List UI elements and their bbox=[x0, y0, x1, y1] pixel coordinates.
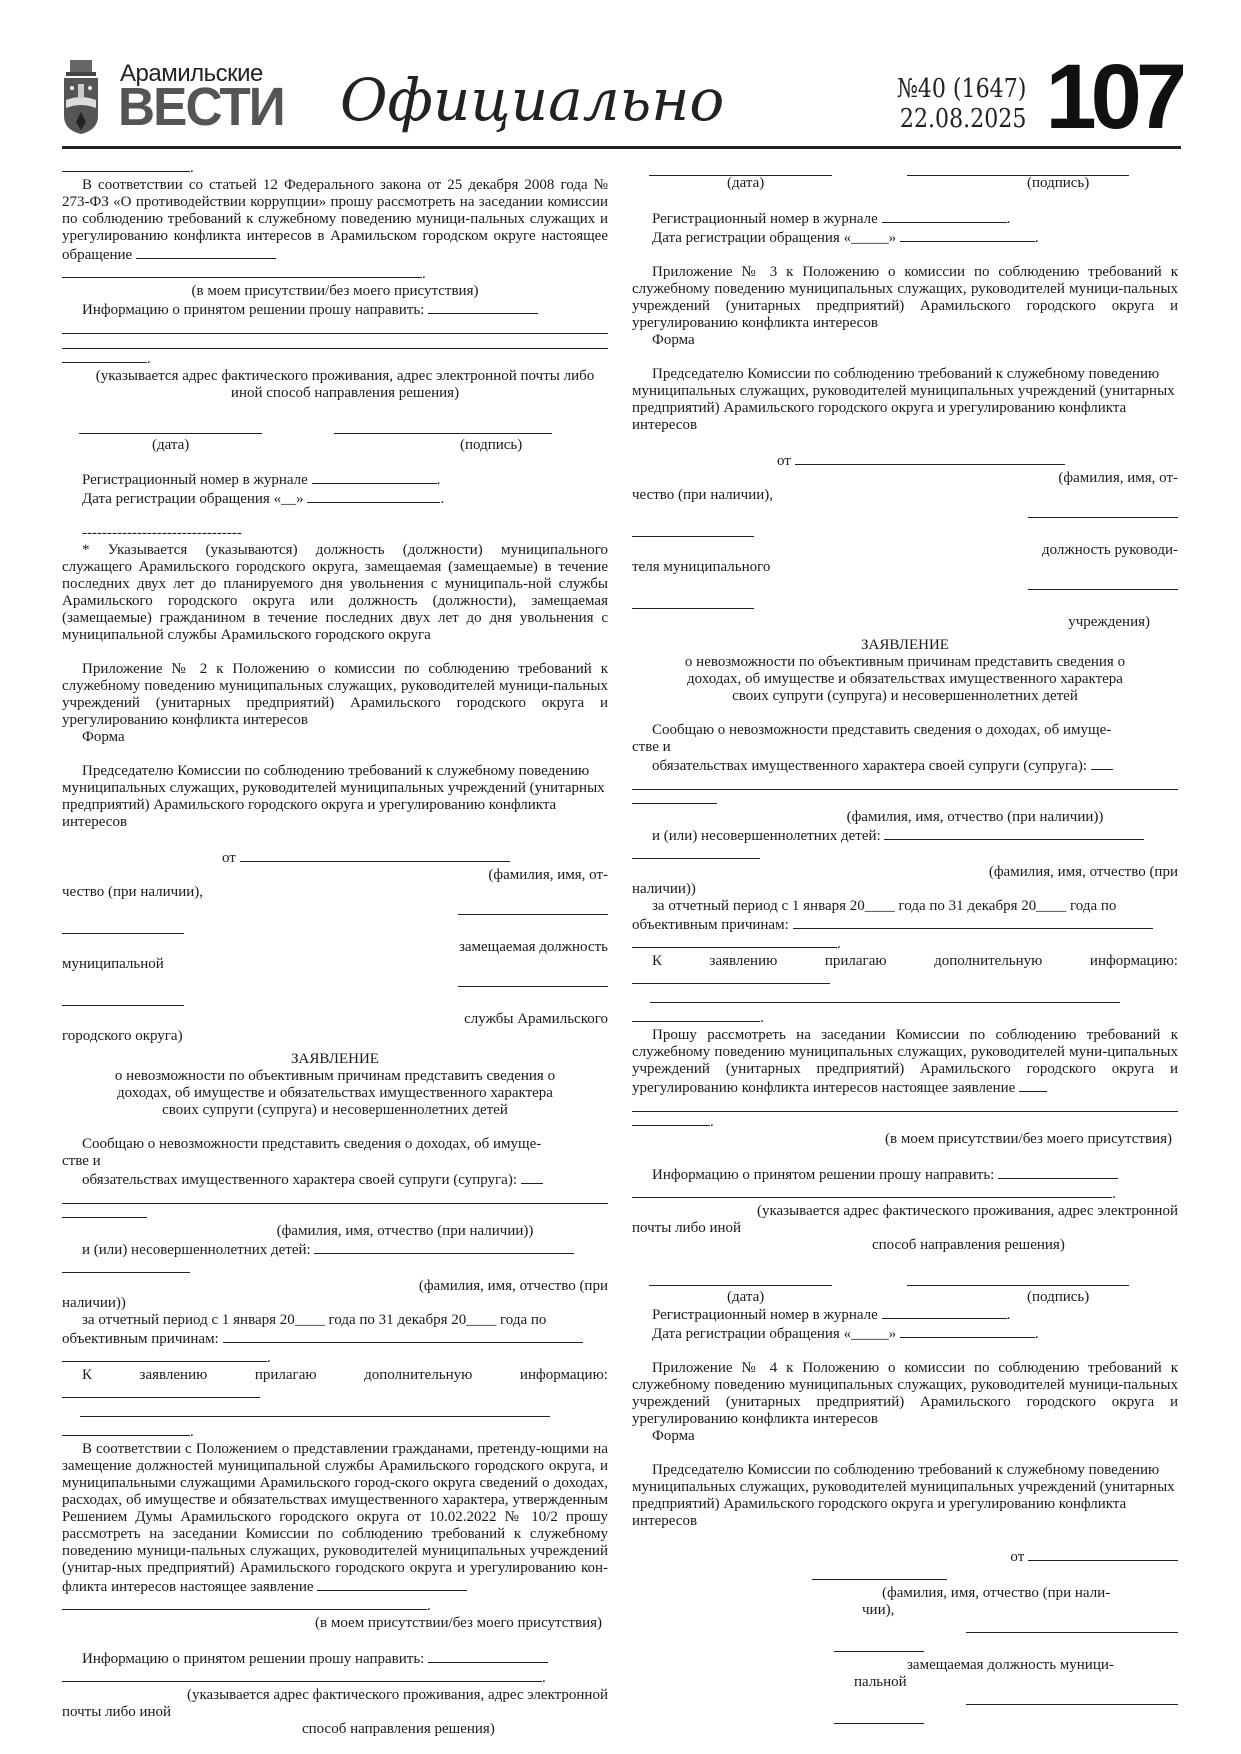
blank-line[interactable] bbox=[62, 992, 184, 1006]
blank-line[interactable] bbox=[632, 1184, 1112, 1198]
blank-line[interactable] bbox=[632, 845, 760, 859]
reg-date-field[interactable] bbox=[900, 228, 1035, 242]
statement-subtitle: о невозможности по объективным причинам … bbox=[62, 1068, 608, 1119]
blank-line[interactable] bbox=[966, 1691, 1178, 1705]
reporting-period: за отчетный период с 1 января 20____ год… bbox=[62, 1312, 608, 1329]
statement-title: ЗАЯВЛЕНИЕ bbox=[632, 637, 1178, 654]
presence-note: (в моем присутствии/без моего присутстви… bbox=[62, 283, 608, 300]
appendix-2: Приложение № 2 к Положению о комиссии по… bbox=[62, 661, 608, 729]
signature-field[interactable] bbox=[907, 161, 1129, 176]
date-field[interactable] bbox=[649, 1271, 832, 1286]
appendix-4: Приложение № 4 к Положению о комиссии по… bbox=[632, 1360, 1178, 1428]
blank-line[interactable] bbox=[632, 934, 837, 948]
reg-number-field[interactable] bbox=[882, 209, 1007, 223]
issue-number: №40 (1647) bbox=[896, 74, 1026, 104]
section-title: Официально bbox=[340, 66, 724, 134]
signature-label: (подпись) bbox=[1027, 175, 1089, 192]
reg-date-field[interactable] bbox=[900, 1324, 1035, 1338]
blank-line[interactable] bbox=[62, 1596, 427, 1610]
reg-number-field[interactable] bbox=[312, 470, 437, 484]
reg-date-label: Дата регистрации обращения «__» bbox=[82, 491, 304, 507]
blank-line[interactable] bbox=[62, 1189, 608, 1204]
from-label: от bbox=[222, 850, 236, 866]
blank-line[interactable] bbox=[1091, 756, 1113, 770]
blank-line[interactable] bbox=[317, 1577, 467, 1591]
attach-line: Кзаявлениюприлагаюдополнительнуюинформац… bbox=[62, 1367, 608, 1384]
blank-line[interactable] bbox=[136, 245, 276, 259]
form-label: Форма bbox=[62, 729, 608, 746]
signature-field[interactable] bbox=[907, 1271, 1129, 1286]
signature-row: (дата) (подпись) bbox=[62, 419, 608, 453]
statement-title: ЗАЯВЛЕНИЕ bbox=[62, 1051, 608, 1068]
signature-row: (дата) (подпись) bbox=[632, 175, 1178, 209]
header-divider bbox=[62, 146, 1181, 149]
reg-number-field[interactable] bbox=[882, 1305, 1007, 1319]
blank-line[interactable] bbox=[632, 775, 1178, 790]
addressee: Председателю Комиссии по соблюдению треб… bbox=[632, 366, 1178, 434]
address-note: (указывается адрес фактического проживан… bbox=[62, 368, 608, 402]
intro-paragraph: В соответствии со статьей 12 Федеральног… bbox=[62, 177, 608, 264]
issue-info: №40 (1647) 22.08.2025 bbox=[896, 74, 1026, 134]
form-label: Форма bbox=[632, 332, 1178, 349]
blank-line[interactable] bbox=[632, 1008, 760, 1022]
blank-line[interactable] bbox=[62, 1259, 190, 1273]
attach-line: Кзаявлениюприлагаюдополнительнуюинформац… bbox=[632, 953, 1178, 970]
blank-line[interactable] bbox=[998, 1165, 1118, 1179]
blank-line[interactable] bbox=[834, 1638, 924, 1652]
blank-line[interactable] bbox=[632, 1097, 1178, 1112]
reg-number-label: Регистрационный номер в журнале bbox=[82, 472, 308, 488]
right-column: (дата) (подпись) Регистрационный номер в… bbox=[632, 158, 1178, 1729]
left-column: . В соответствии со статьей 12 Федеральн… bbox=[62, 158, 608, 1738]
reasons-field[interactable] bbox=[793, 915, 1153, 929]
children-field[interactable] bbox=[884, 826, 1144, 840]
footnote-separator: -------------------------------- bbox=[62, 525, 608, 542]
signature-field[interactable] bbox=[334, 419, 552, 434]
blank-line[interactable] bbox=[458, 973, 608, 987]
addressee: Председателю Комиссии по соблюдению треб… bbox=[62, 763, 608, 831]
blank-line[interactable] bbox=[62, 1384, 260, 1398]
request-paragraph: Прошу рассмотреть на заседании Комиссии … bbox=[632, 1027, 1178, 1097]
date-label: (дата) bbox=[152, 437, 189, 454]
info-request: Информацию о принятом решении прошу напр… bbox=[82, 302, 424, 318]
reporting-period: за отчетный период с 1 января 20____ год… bbox=[632, 898, 1178, 915]
blank-line[interactable] bbox=[632, 1112, 710, 1126]
from-field[interactable] bbox=[240, 848, 510, 862]
newspaper-name-main: ВЕСТИ bbox=[118, 80, 284, 134]
blank-line[interactable] bbox=[62, 349, 147, 363]
blank-line[interactable] bbox=[62, 1668, 542, 1682]
page-number: 107 bbox=[1046, 52, 1182, 142]
blank-line[interactable] bbox=[80, 1403, 550, 1417]
blank-line[interactable] bbox=[834, 1710, 924, 1724]
signature-row: (дата) (подпись) bbox=[632, 1271, 1178, 1305]
blank-line[interactable] bbox=[632, 595, 754, 609]
blank-line[interactable] bbox=[632, 970, 830, 984]
from-field[interactable] bbox=[1028, 1547, 1178, 1561]
children-field[interactable] bbox=[314, 1240, 574, 1254]
according-paragraph: В соответствии с Положением о представле… bbox=[62, 1441, 608, 1596]
blank-line[interactable] bbox=[62, 158, 190, 172]
coat-of-arms-icon bbox=[62, 60, 100, 134]
blank-line[interactable] bbox=[632, 790, 717, 804]
date-field[interactable] bbox=[649, 161, 832, 176]
blank-line[interactable] bbox=[812, 1566, 947, 1580]
blank-line[interactable] bbox=[966, 1619, 1178, 1633]
blank-line[interactable] bbox=[650, 989, 1120, 1003]
signature-label: (подпись) bbox=[460, 437, 522, 454]
blank-line[interactable] bbox=[458, 901, 608, 915]
date-label: (дата) bbox=[727, 175, 764, 192]
footnote: * Указывается (указываются) должность (д… bbox=[62, 542, 608, 644]
blank-line[interactable] bbox=[1019, 1078, 1047, 1092]
blank-line[interactable] bbox=[1028, 576, 1178, 590]
appendix-3: Приложение № 3 к Положению о комиссии по… bbox=[632, 264, 1178, 332]
date-field[interactable] bbox=[79, 419, 262, 434]
blank-line[interactable] bbox=[428, 300, 538, 314]
blank-line[interactable] bbox=[521, 1170, 543, 1184]
statement-subtitle: о невозможности по объективным причинам … bbox=[632, 654, 1178, 705]
blank-line[interactable] bbox=[62, 1422, 190, 1436]
blank-line[interactable] bbox=[62, 334, 608, 349]
reg-date-field[interactable] bbox=[307, 489, 440, 503]
blank-line[interactable] bbox=[428, 1649, 548, 1663]
blank-line[interactable] bbox=[62, 1204, 147, 1218]
issue-date: 22.08.2025 bbox=[896, 104, 1026, 134]
reasons-field[interactable] bbox=[223, 1329, 583, 1343]
blank-line[interactable] bbox=[1028, 504, 1178, 518]
blank-line[interactable] bbox=[62, 264, 422, 278]
from-field[interactable] bbox=[795, 451, 1065, 465]
blank-line[interactable] bbox=[62, 1348, 267, 1362]
blank-line[interactable] bbox=[62, 319, 608, 334]
blank-line[interactable] bbox=[62, 920, 184, 934]
blank-line[interactable] bbox=[632, 523, 754, 537]
